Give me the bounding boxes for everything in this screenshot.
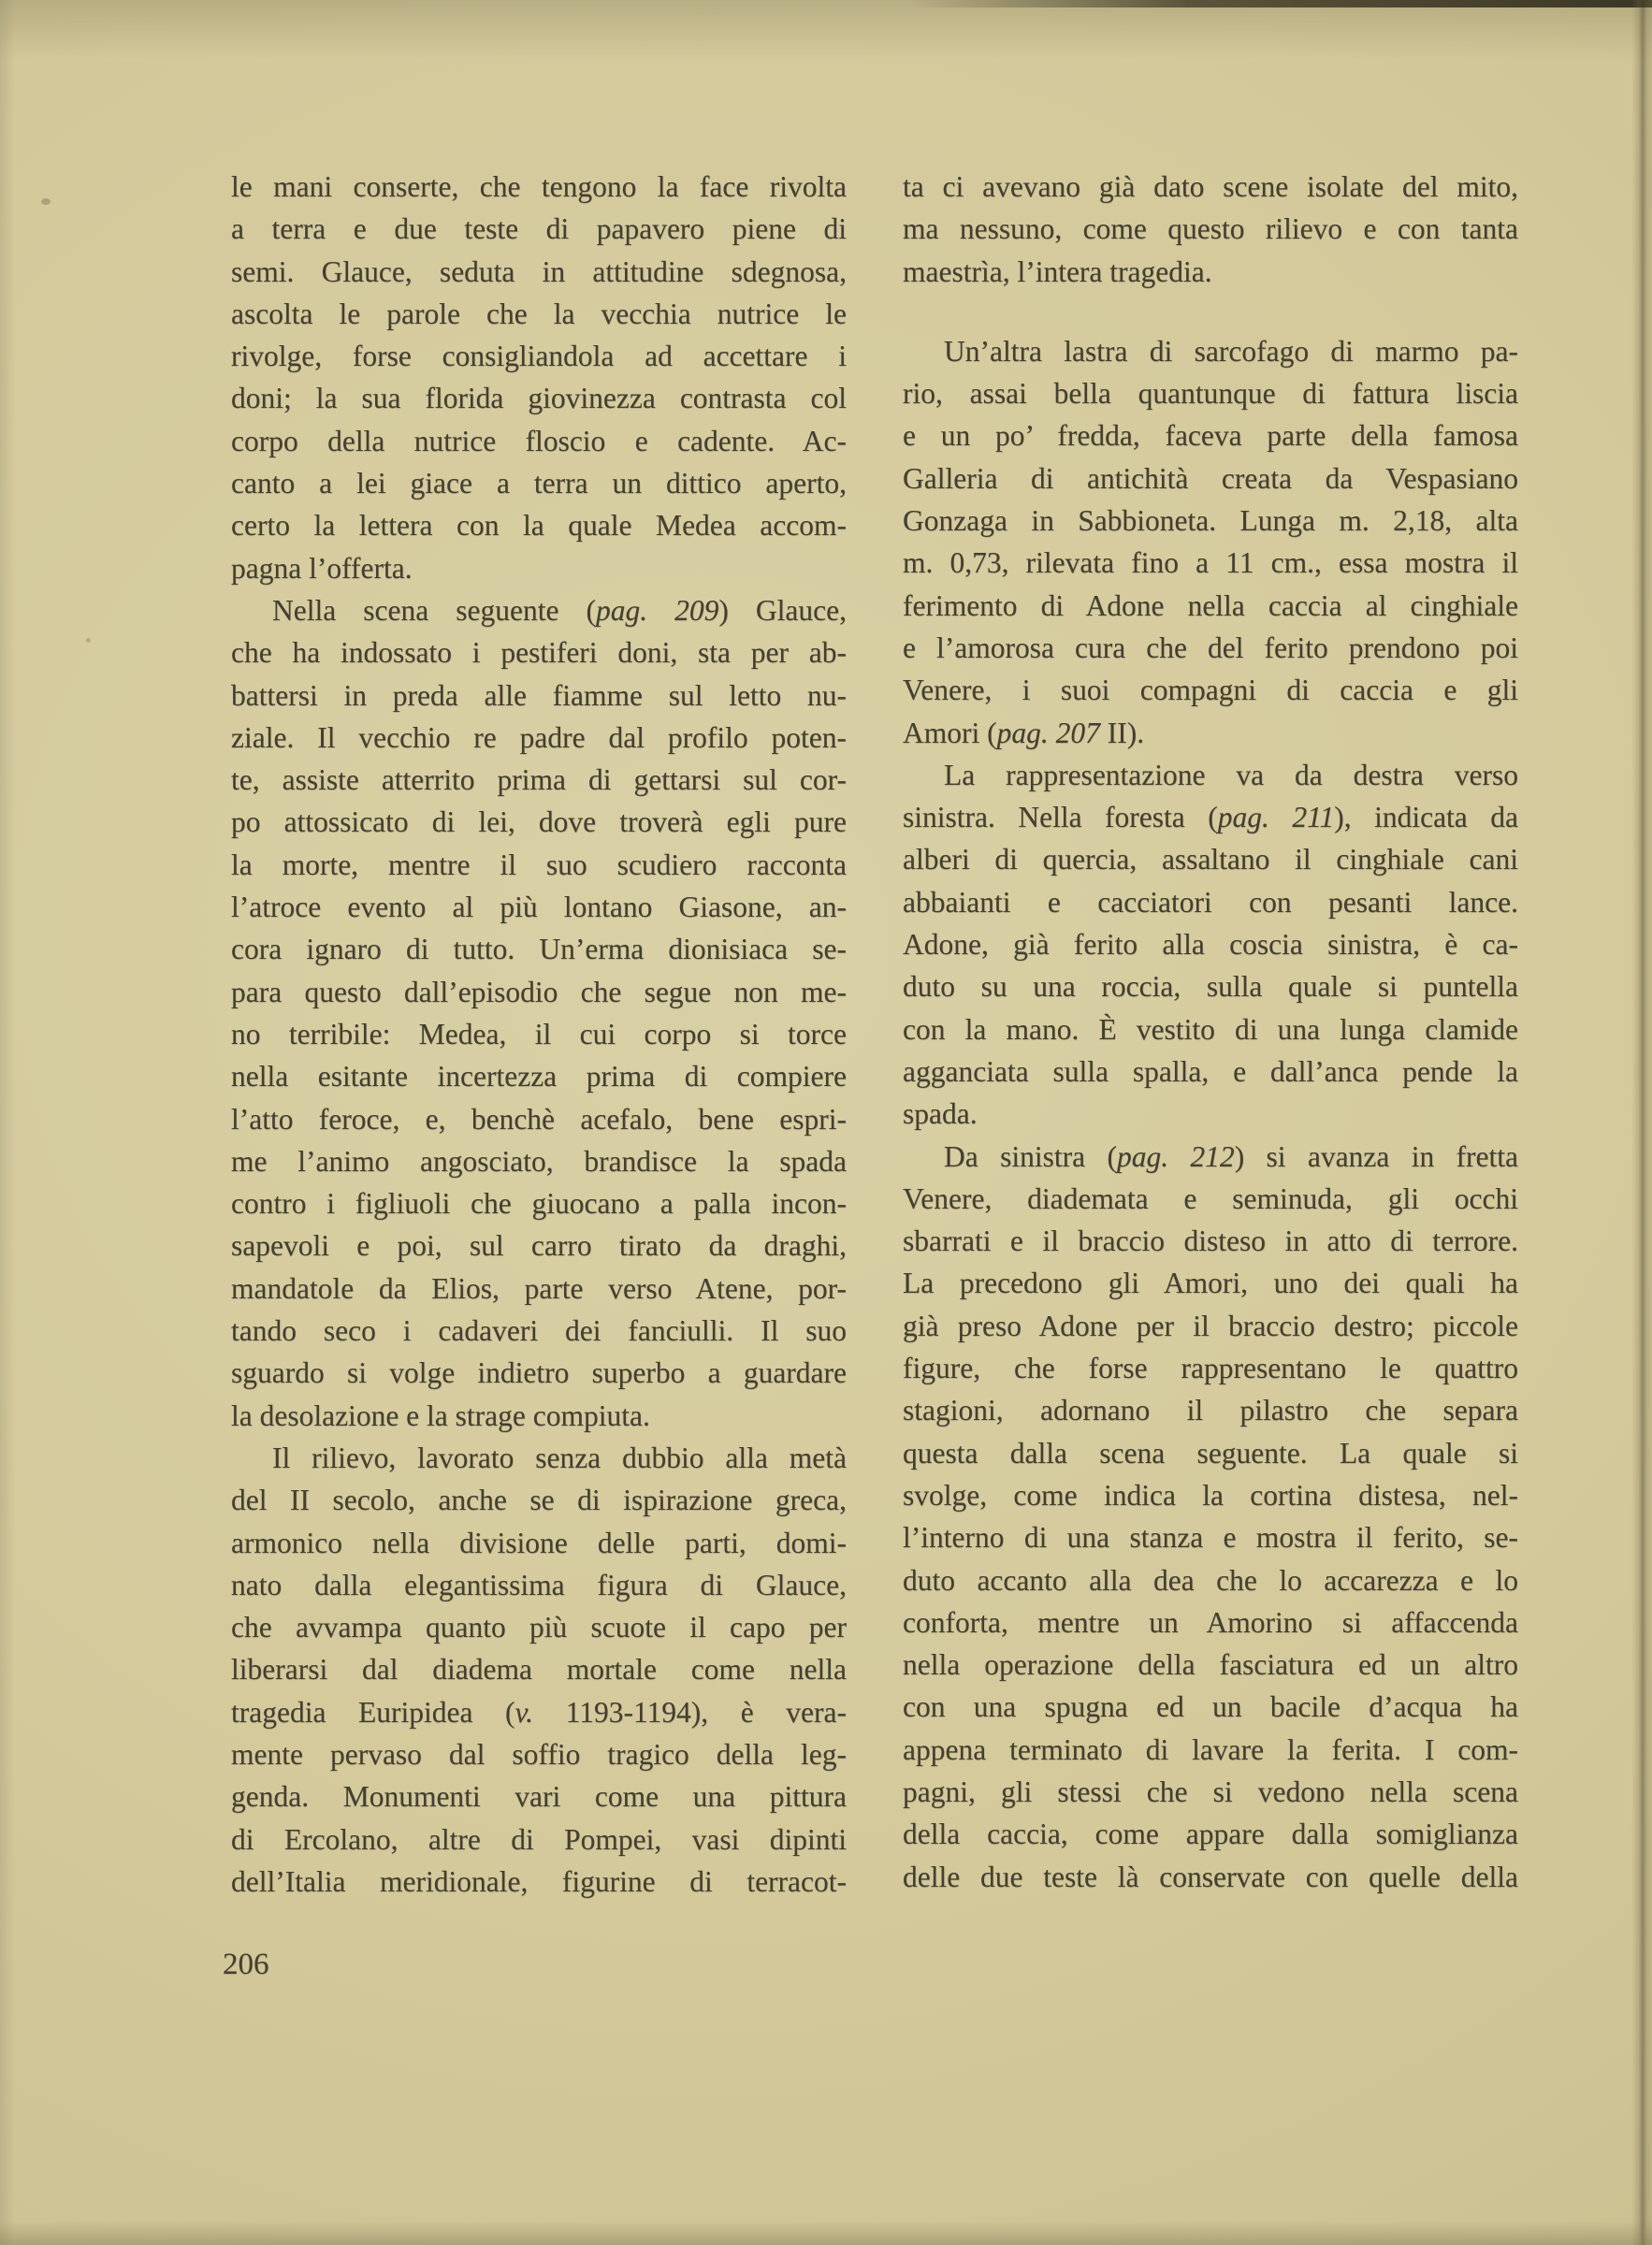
text-line: para questo dall’episodio che segue non … [231, 971, 847, 1013]
scan-edge-bottom [0, 2221, 1652, 2245]
text-line: pagna l’offerta. [231, 547, 847, 589]
text-line: Amori (pag. 207 II). [903, 712, 1518, 754]
text-line: sinistra. Nella foresta (pag. 211), indi… [903, 796, 1518, 838]
text-line: con una spugna ed un bacile d’acqua ha [903, 1686, 1518, 1728]
text-line: battersi in preda alle fiamme sul letto … [231, 674, 847, 717]
text-line: ta ci avevano già dato scene isolate del… [903, 166, 1518, 208]
text-line: ferimento di Adone nella caccia al cingh… [903, 585, 1518, 627]
text-line: dell’Italia meridionale, figurine di ter… [231, 1861, 847, 1903]
text-line: Nella scena seguente (pag. 209) Glauce, [231, 589, 847, 631]
text-line: Venere, diademata e seminuda, gli occhi [903, 1178, 1518, 1220]
text-line: a terra e due teste di papavero piene di [231, 208, 847, 250]
text-line: contro i figliuoli che giuocano a palla … [231, 1182, 847, 1224]
text-line: maestrìa, l’intera tragedia. [903, 251, 1518, 293]
paragraph: La rappresentazione va da destra versosi… [903, 754, 1518, 1136]
paragraph: Un’altra lastra di sarcofago di marmo pa… [903, 330, 1518, 754]
text-line: te, assiste atterrito prima di gettarsi … [231, 759, 847, 801]
text-line: figure, che forse rappresentano le quatt… [903, 1347, 1518, 1389]
text-line: nella esitante incertezza prima di compi… [231, 1055, 847, 1097]
paragraph: ta ci avevano già dato scene isolate del… [903, 166, 1518, 293]
text-line: la desolazione e la strage compiuta. [231, 1395, 847, 1437]
text-line: mente pervaso dal soffio tragico della l… [231, 1733, 847, 1775]
text-line: nella operazione della fasciatura ed un … [903, 1644, 1518, 1686]
paragraph: Nella scena seguente (pag. 209) Glauce,c… [231, 589, 847, 1437]
text-line: cora ignaro di tutto. Un’erma dionisiaca… [231, 928, 847, 970]
text-line: già preso Adone per il braccio destro; p… [903, 1305, 1518, 1347]
text-line: abbaianti e cacciatori con pesanti lance… [903, 881, 1518, 923]
text-column-left: le mani conserte, che tengono la face ri… [231, 166, 847, 1903]
text-line: e l’amorosa cura che del ferito prendono… [903, 627, 1518, 669]
text-line: tragedia Euripidea (v. 1193-1194), è ver… [231, 1691, 847, 1733]
text-line: ma nessuno, come questo rilievo e con ta… [903, 208, 1518, 250]
text-line: Venere, i suoi compagni di caccia e gli [903, 669, 1518, 711]
text-line: Un’altra lastra di sarcofago di marmo pa… [903, 330, 1518, 372]
scan-edge-right [1631, 0, 1652, 2245]
paragraph: le mani conserte, che tengono la face ri… [231, 166, 847, 589]
text-line: no terribile: Medea, il cui corpo si tor… [231, 1013, 847, 1055]
text-line: la morte, mentre il suo scudiero raccont… [231, 844, 847, 886]
text-line: sapevoli e poi, sul carro tirato da drag… [231, 1224, 847, 1267]
text-line: stagioni, adornano il pilastro che separ… [903, 1389, 1518, 1431]
text-line: svolge, come indica la cortina distesa, … [903, 1474, 1518, 1516]
text-line: duto su una roccia, sulla quale si punte… [903, 965, 1518, 1007]
text-line: nato dalla elegantissima figura di Glauc… [231, 1564, 847, 1606]
text-line: l’atto feroce, e, benchè acefalo, bene e… [231, 1098, 847, 1140]
text-line: agganciata sulla spalla, e dall’anca pen… [903, 1050, 1518, 1093]
text-line: rivolge, forse consigliandola ad accetta… [231, 335, 847, 377]
text-line: e un po’ fredda, faceva parte della famo… [903, 414, 1518, 456]
text-column-right: ta ci avevano già dato scene isolate del… [903, 166, 1518, 1898]
text-line: questa dalla scena seguente. La quale si [903, 1432, 1518, 1474]
text-line: sguardo si volge indietro superbo a guar… [231, 1352, 847, 1394]
page: le mani conserte, che tengono la face ri… [0, 0, 1652, 2245]
paper-speck [86, 638, 91, 643]
text-line: spada. [903, 1093, 1518, 1135]
text-line: duto accanto alla dea che lo accarezza e… [903, 1559, 1518, 1601]
text-line: Adone, già ferito alla coscia sinistra, … [903, 923, 1518, 965]
text-line: Da sinistra (pag. 212) si avanza in fret… [903, 1136, 1518, 1178]
scan-edge-left [0, 0, 15, 2245]
text-line: me l’animo angosciato, brandisce la spad… [231, 1140, 847, 1182]
text-line: alberi di quercia, assaltano il cinghial… [903, 838, 1518, 880]
text-line: con la mano. È vestito di una lunga clam… [903, 1008, 1518, 1050]
text-line: La precedono gli Amori, uno dei quali ha [903, 1262, 1518, 1304]
text-line: corpo della nutrice floscio e cadente. A… [231, 420, 847, 462]
text-line: doni; la sua florida giovinezza contrast… [231, 377, 847, 419]
paper-speck [41, 198, 51, 205]
text-line: l’atroce evento al più lontano Giasone, … [231, 886, 847, 928]
text-line: ascolta le parole che la vecchia nutrice… [231, 293, 847, 335]
text-line: l’interno di una stanza e mostra il feri… [903, 1516, 1518, 1558]
text-line: rio, assai bella quantunque di fattura l… [903, 372, 1518, 414]
text-line: appena terminato di lavare la ferita. I … [903, 1729, 1518, 1771]
paragraph: Il rilievo, lavorato senza dubbio alla m… [231, 1437, 847, 1903]
text-line: di Ercolano, altre di Pompei, vasi dipin… [231, 1818, 847, 1861]
text-line: Il rilievo, lavorato senza dubbio alla m… [231, 1437, 847, 1479]
text-line: conforta, mentre un Amorino si affaccend… [903, 1601, 1518, 1644]
text-line: canto a lei giace a terra un dittico ape… [231, 462, 847, 504]
text-line: del II secolo, anche se di ispirazione g… [231, 1479, 847, 1521]
paragraph: Da sinistra (pag. 212) si avanza in fret… [903, 1136, 1518, 1898]
text-line: semi. Glauce, seduta in attitudine sdegn… [231, 251, 847, 293]
text-line: Gonzaga in Sabbioneta. Lunga m. 2,18, al… [903, 500, 1518, 542]
text-line: della caccia, come appare dalla somiglia… [903, 1813, 1518, 1855]
text-line: certo la lettera con la quale Medea acco… [231, 504, 847, 546]
text-line: m. 0,73, rilevata fino a 11 cm., essa mo… [903, 542, 1518, 584]
text-line: genda. Monumenti vari come una pittura [231, 1775, 847, 1818]
text-line: La rappresentazione va da destra verso [903, 754, 1518, 796]
text-line: tando seco i cadaveri dei fanciulli. Il … [231, 1310, 847, 1352]
scan-edge-top-band [0, 0, 1652, 60]
text-line: po attossicato di lei, dove troverà egli… [231, 801, 847, 843]
page-number: 206 [223, 1948, 269, 1982]
text-line: sbarrati e il braccio disteso in atto di… [903, 1220, 1518, 1262]
text-line: che avvampa quanto più scuote il capo pe… [231, 1606, 847, 1648]
scan-edge-top-line [0, 0, 1652, 7]
text-line: liberarsi dal diadema mortale come nella [231, 1648, 847, 1690]
text-line: che ha indossato i pestiferi doni, sta p… [231, 631, 847, 673]
text-line: Galleria di antichità creata da Vespasia… [903, 457, 1518, 500]
text-line: pagni, gli stessi che si vedono nella sc… [903, 1771, 1518, 1813]
text-line: mandatole da Elios, parte verso Atene, p… [231, 1267, 847, 1310]
text-line: armonico nella divisione delle parti, do… [231, 1522, 847, 1564]
text-line: delle due teste là conservate con quelle… [903, 1856, 1518, 1898]
text-line: ziale. Il vecchio re padre dal profilo p… [231, 717, 847, 759]
text-line: le mani conserte, che tengono la face ri… [231, 166, 847, 208]
